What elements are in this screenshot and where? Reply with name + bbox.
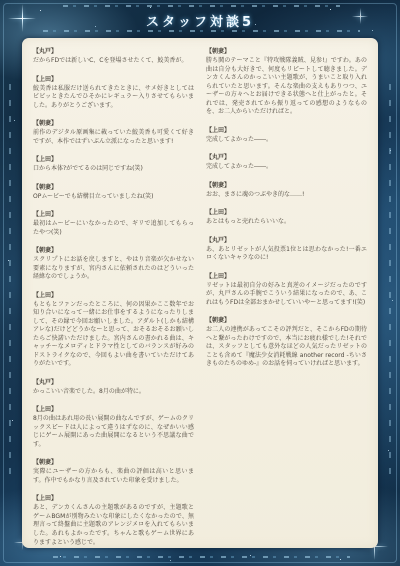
speaker-label: 【朝妻】 [33,246,194,255]
flourish-line-under-title [40,30,360,32]
flourish-line-left [9,80,11,480]
dialogue-block: 【丸戸】かっこいい音楽でした。8月の曲が特に。 [33,378,194,397]
dialogue-text: あとはもっと売れたらいいな。 [206,218,367,227]
flourish-line-right [389,80,391,480]
dialogue-text: 勝ち鬨のテーマこと『特攻戦隊義賊、見参!』ですわ。あの曲は自分も大好きで、何度も… [206,57,367,117]
speaker-label: 【丸戸】 [206,153,367,162]
speaker-label: 【朝妻】 [33,119,194,128]
dialogue-text: お二人の連携があってこその評判だと、そこからFDの期待へと繋がったわけですので、… [206,326,367,369]
starfield-decoration [0,0,1,1]
dialogue-block: 【朝妻】実際にユーザーの方からも、楽曲の評価は高いと思います。作中でもかなり言及… [33,458,194,485]
speaker-label: 【丸戸】 [206,236,367,245]
dialogue-column-left: 【丸戸】だからFDでは新しいC、Cを登場させたくて、鮫美香が。【上田】鮫美香は私… [33,47,194,539]
speaker-label: 【上田】 [206,126,367,135]
dialogue-block: 【上田】8月の曲はあれ用の長い展開の曲なんですが、ゲームのクリックスピードは人に… [33,405,194,449]
dialogue-block: 【丸戸】完成してよかった――。 [206,153,367,172]
speaker-label: 【上田】 [33,155,194,164]
dialogue-block: 【上田】リゼットは最初自分の好みと真逆のイメージだったのですが、丸戸さんの手腕で… [206,272,367,308]
dialogue-block: 【上田】最初はムービーにいなかったので、ギリで追加してもらったやつ(笑) [33,210,194,237]
dialogue-text: 最初はムービーにいなかったので、ギリで追加してもらったやつ(笑) [33,220,194,237]
dialogue-columns: 【丸戸】だからFDでは新しいC、Cを登場させたくて、鮫美香が。【上田】鮫美香は私… [33,47,367,539]
dialogue-text: かっこいい音楽でした。8月の曲が特に。 [33,388,194,397]
dialogue-text: 前作のデジタル原画集に載っていた鮫美香も可愛くて好きですが、本作ではずいぶん立派… [33,129,194,146]
speaker-label: 【上田】 [33,494,194,503]
speaker-label: 【上田】 [33,405,194,414]
dialogue-text: 8月の曲はあれ用の長い展開の曲なんですが、ゲームのクリックスピードは人によって違… [33,415,194,449]
speaker-label: 【朝妻】 [33,458,194,467]
dialogue-text: 口から本体?がでてるのは同じですね(笑) [33,165,194,174]
dialogue-block: 【朝妻】OPムービーでも結構目立っていましたね(笑) [33,183,194,202]
speaker-label: 【朝妻】 [206,181,367,190]
dialogue-text: あと、デンカくんさんの主題歌があるのですが、主題歌とゲームBGMが別物みたいな印… [33,504,194,547]
dialogue-text: だからFDでは新しいC、Cを登場させたくて、鮫美香が。 [33,57,194,66]
dialogue-block: 【朝妻】おお、まさに魂のつぶやき的な……! [206,181,367,200]
dialogue-block: 【丸戸】だからFDでは新しいC、Cを登場させたくて、鮫美香が。 [33,47,194,66]
dialogue-text: 実際にユーザーの方からも、楽曲の評価は高いと思います。作中でもかなり言及されてい… [33,468,194,485]
speaker-label: 【朝妻】 [206,47,367,56]
decorative-frame: スタッフ対談5 【丸戸】だからFDでは新しいC、Cを登場させたくて、鮫美香が。【… [0,0,400,566]
flourish-line-bottom [50,556,350,558]
flourish-line-top [60,5,340,7]
dialogue-block: 【上田】もともとファンだったところに、何の因果かここ数年でお知り合いになって一緒… [33,291,194,369]
speaker-label: 【丸戸】 [33,378,194,387]
dialogue-text: おお、まさに魂のつぶやき的な……! [206,191,367,200]
speaker-label: 【上田】 [33,75,194,84]
dialogue-block: 【上田】口から本体?がでてるのは同じですね(笑) [33,155,194,174]
speaker-label: 【上田】 [33,210,194,219]
speaker-label: 【上田】 [33,291,194,300]
speaker-label: 【上田】 [206,272,367,281]
speaker-label: 【朝妻】 [206,316,367,325]
speaker-label: 【朝妻】 [33,183,194,192]
speaker-label: 【丸戸】 [33,47,194,56]
dialogue-block: 【朝妻】お二人の連携があってこその評判だと、そこからFDの期待へと繋がったわけで… [206,316,367,369]
speaker-label: 【上田】 [206,208,367,217]
dialogue-block: 【上田】完成してよかった――。 [206,126,367,145]
dialogue-text: OPムービーでも結構目立っていましたね(笑) [33,193,194,202]
dialogue-block: 【朝妻】スクリプトにお話を戻しますと、やはり音楽が欠かせない要素になりますが、宮… [33,246,194,282]
dialogue-column-right: 【朝妻】勝ち鬨のテーマこと『特攻戦隊義賊、見参!』ですわ。あの曲は自分も大好きで… [206,47,367,539]
dialogue-text: あ、あとリゼットが人気投票1位とは思わなかった!一番エロくないキャラなのに! [206,246,367,263]
dialogue-text: リゼットは最初自分の好みと真逆のイメージだったのですが、丸戸さんの手腕でこういう… [206,282,367,308]
dialogue-block: 【朝妻】前作のデジタル原画集に載っていた鮫美香も可愛くて好きですが、本作ではずい… [33,119,194,146]
dialogue-block: 【上田】あと、デンカくんさんの主題歌があるのですが、主題歌とゲームBGMが別物み… [33,494,194,547]
dialogue-block: 【上田】あとはもっと売れたらいいな。 [206,208,367,227]
dialogue-block: 【朝妻】勝ち鬨のテーマこと『特攻戦隊義賊、見参!』ですわ。あの曲は自分も大好きで… [206,47,367,117]
dialogue-text: もともとファンだったところに、何の因果かここ数年でお知り合いになって一緒にお仕事… [33,301,194,369]
dialogue-text: 完成してよかった――。 [206,136,367,145]
dialogue-block: 【上田】鮫美香は私服だけ送られてきたときに、サメ好きとしてはビビッときたんでひそ… [33,75,194,111]
dialogue-text: 鮫美香は私服だけ送られてきたときに、サメ好きとしてはビビッときたんでひそかにレギ… [33,85,194,111]
page-title: スタッフ対談5 [0,11,400,30]
dialogue-text: スクリプトにお話を戻しますと、やはり音楽が欠かせない要素になりますが、宮内さんに… [33,256,194,282]
dialogue-block: 【丸戸】あ、あとリゼットが人気投票1位とは思わなかった!一番エロくないキャラなの… [206,236,367,263]
dialogue-text: 完成してよかった――。 [206,163,367,172]
content-panel: 【丸戸】だからFDでは新しいC、Cを登場させたくて、鮫美香が。【上田】鮫美香は私… [22,38,378,548]
